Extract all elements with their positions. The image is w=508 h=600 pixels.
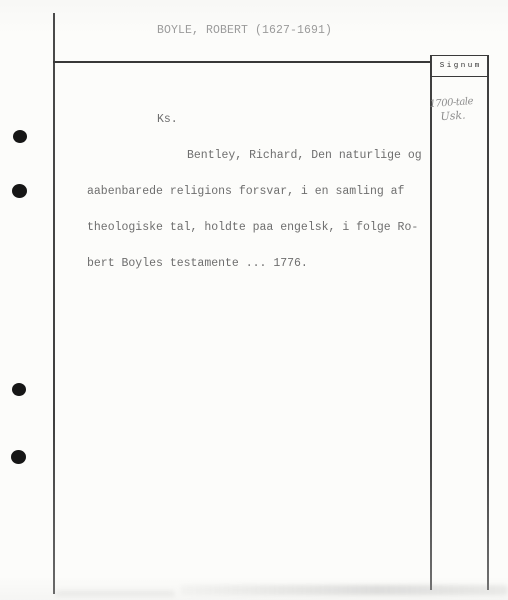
scan-smudge [180,585,508,595]
entry-line: aabenbarede religions forsvar, i en saml… [87,186,422,198]
card-left-border [53,13,55,594]
signum-header-box: Signum [430,55,489,77]
hole-punch [12,383,26,396]
entry-line: Bentley, Richard, Den naturlige og [87,150,422,162]
page-title: BOYLE, ROBERT (1627-1691) [157,24,332,37]
entry-line: Ks. [87,114,422,126]
scan-smudge [55,590,175,597]
entry-line: bert Boyles testamente ... 1776. [87,258,422,270]
entry-line: theologiske tal, holdte paa engelsk, i f… [87,222,422,234]
signum-column-left-border [430,55,432,590]
signum-label: Signum [437,62,482,70]
scanned-catalog-card: BOYLE, ROBERT (1627-1691) Signum 1700-ta… [0,0,508,600]
hole-punch [13,130,27,143]
catalog-entry-text: Ks. Bentley, Richard, Den naturlige og a… [87,90,422,294]
signum-column-right-border [487,55,489,590]
hole-punch [11,450,26,464]
card-top-border [53,61,431,63]
hole-punch [12,184,27,198]
signum-handwritten-note: 1700-tale Usk. [429,94,489,124]
